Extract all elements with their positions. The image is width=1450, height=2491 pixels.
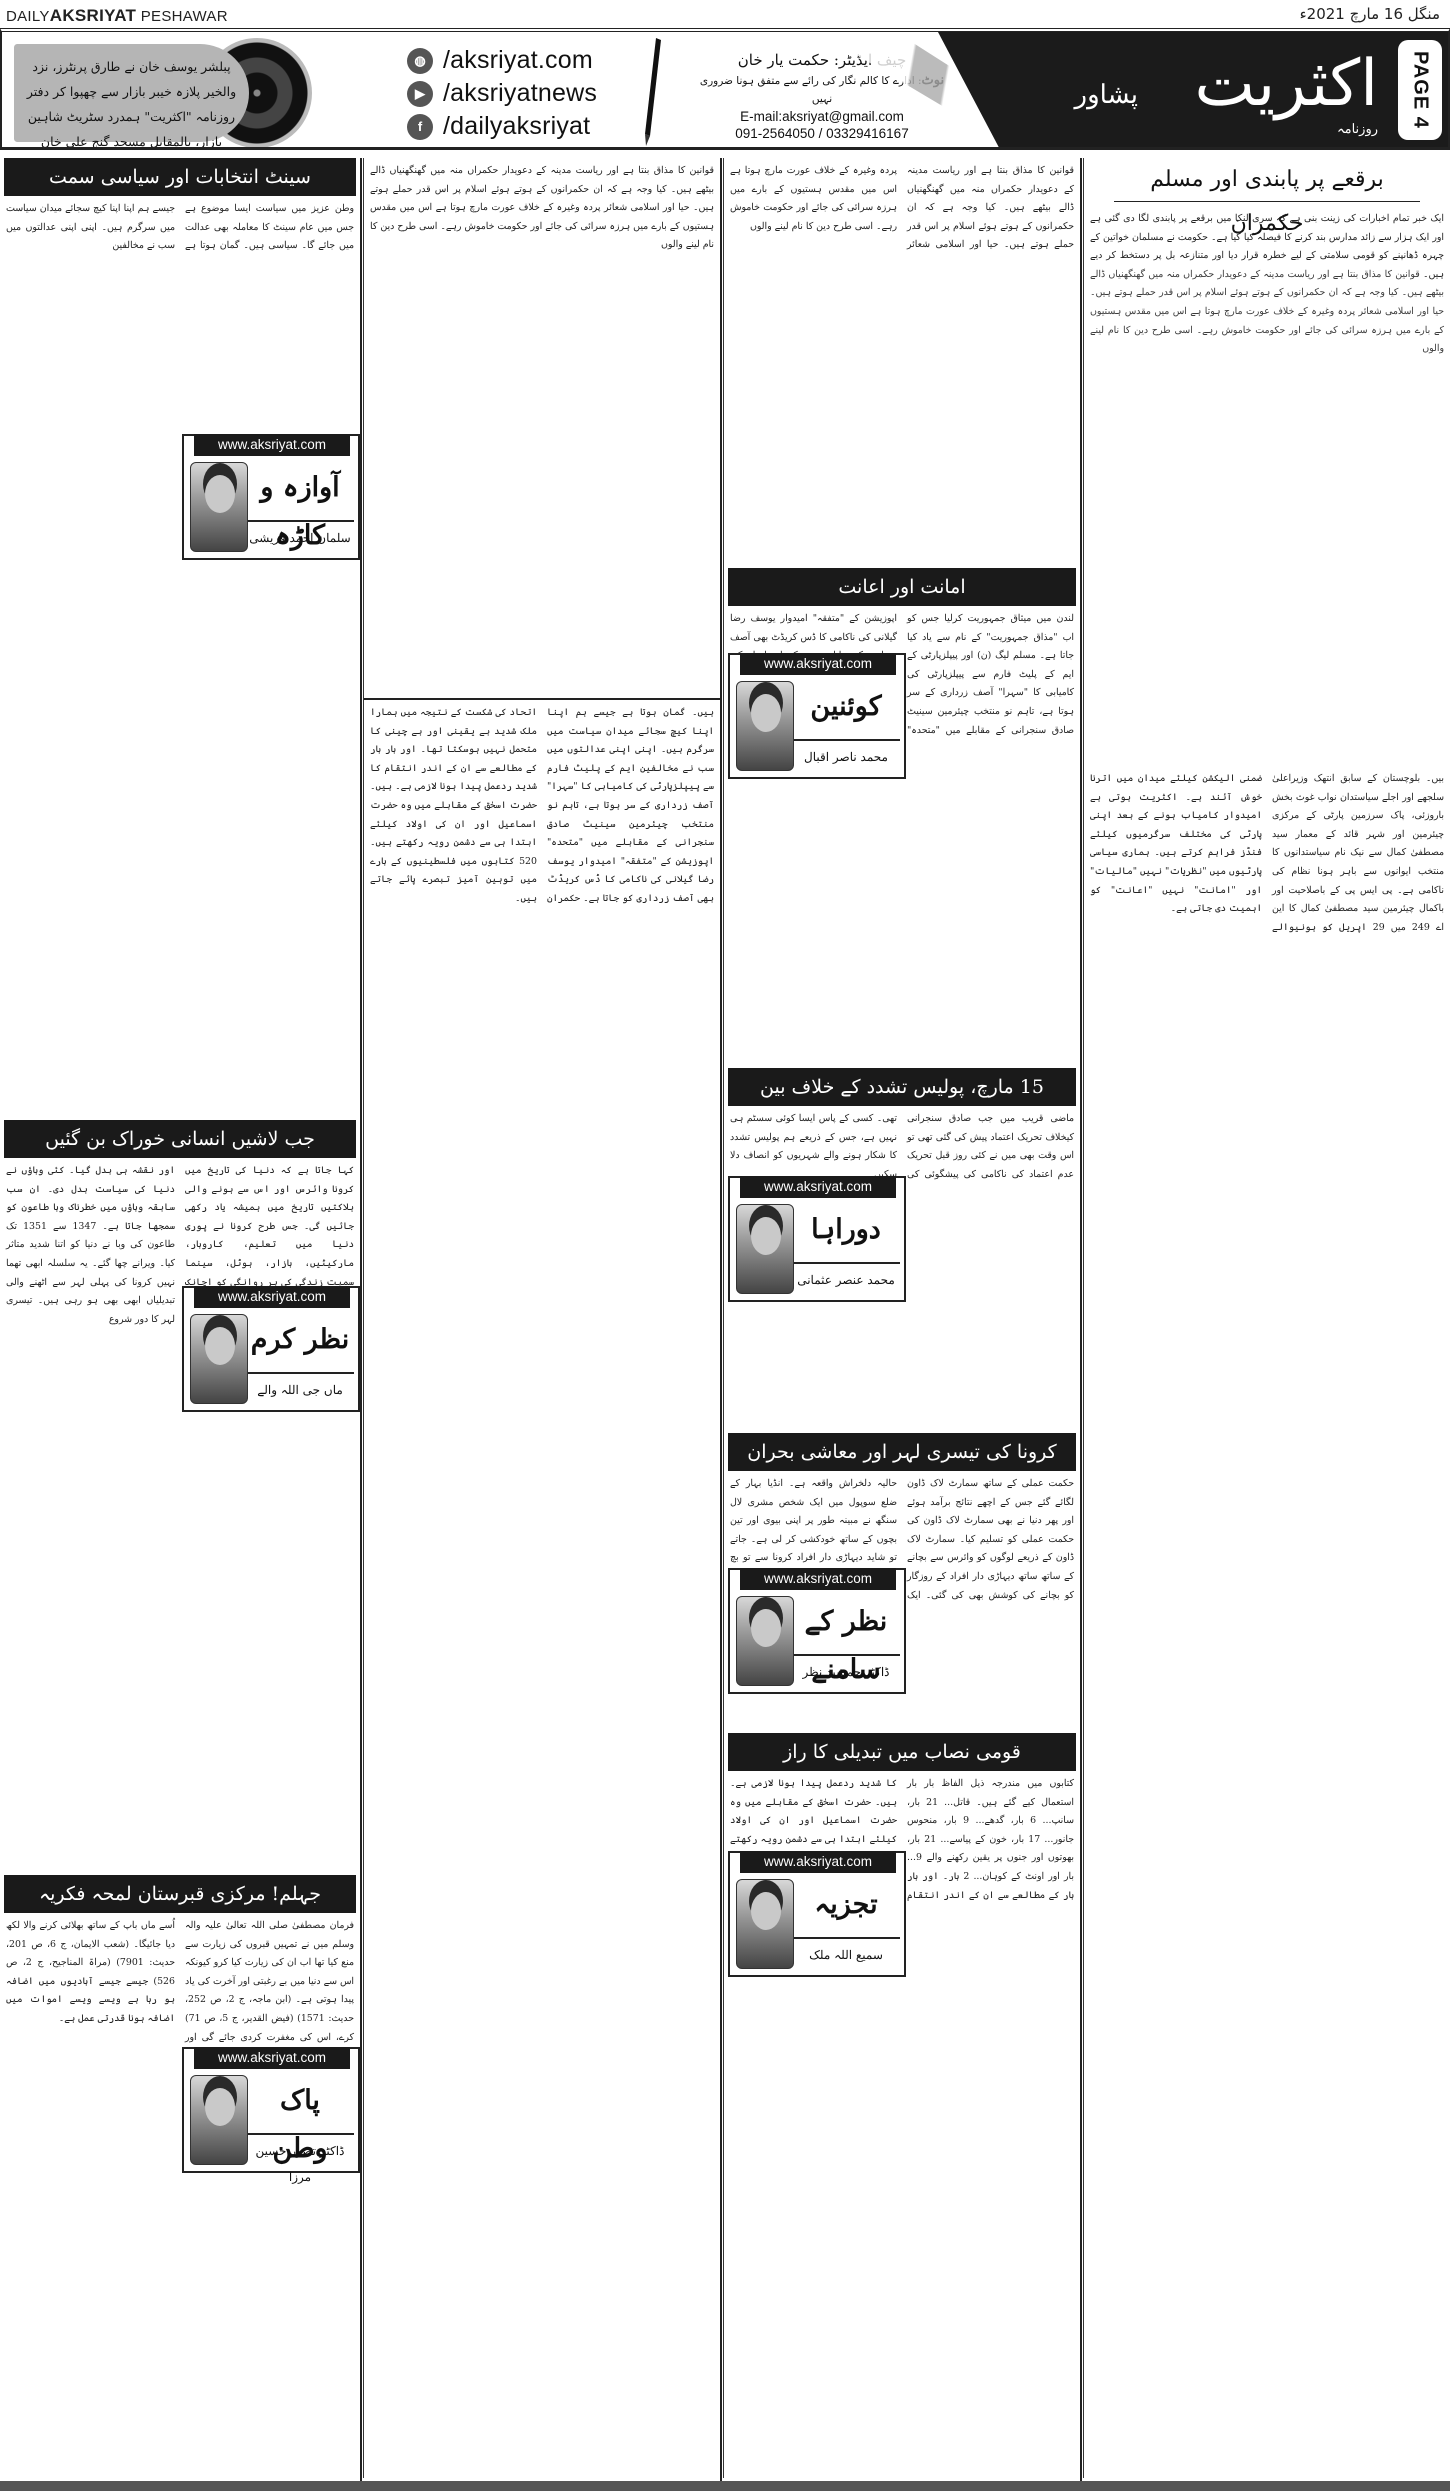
article-police: 15 مارچ، پولیس تشدد کے خلاف بین الاقوامی… xyxy=(724,1068,1080,1433)
facebook-icon: f xyxy=(407,114,433,140)
headline: امانت اور اعانت xyxy=(728,568,1076,606)
byline-box: www.aksriyat.com آوازہ و کاڑہ سلمان احمد… xyxy=(182,434,360,560)
column-divider xyxy=(360,158,362,2491)
byline-box: www.aksriyat.com نظر کرم ماں جی اللہ وال… xyxy=(182,1286,360,1412)
article-text: کسی کے پاس ایسا کوئی سسٹم ہی نہیں ہے، جس… xyxy=(730,1113,897,1180)
column-b: قوانین کا مذاق بنتا ہے اور ریاست مدینہ ک… xyxy=(363,158,720,2478)
op-ed-body: بیں۔ بلوچستان کے سابق انتھک وزیراعلیٰ سل… xyxy=(1090,773,1444,933)
author-photo xyxy=(736,1204,794,1294)
headline: 15 مارچ، پولیس تشدد کے خلاف بین الاقوامی… xyxy=(728,1068,1076,1106)
article-body: فرمان مصطفیٰ صلی اللہ تعالیٰ علیہ والہ و… xyxy=(0,1913,360,2473)
headline: قومی نصاب میں تبدیلی کا راز xyxy=(728,1733,1076,1771)
article-body: کہا جاتا ہے کہ دنیا کی تاریخ میں کرونا و… xyxy=(0,1158,360,1873)
editorial-continuation: قوانین کا مذاق بنتا ہے اور ریاست مدینہ ک… xyxy=(364,158,720,698)
continuation-text: اور بار بار کے مطالعے سے ان کے اندر انتق… xyxy=(370,744,537,904)
article-lead: کہا جاتا ہے کہ دنیا کی تاریخ میں کرونا و… xyxy=(185,1165,354,1306)
page-number-badge: PAGE 4 xyxy=(1398,40,1442,140)
logo-daily: روزنامہ xyxy=(1337,122,1378,137)
note-text: : ادارے کا کالم نگار کی رائے سے متفق ہون… xyxy=(700,75,922,105)
author-photo xyxy=(190,462,248,552)
author-photo xyxy=(190,2075,248,2165)
op-ed-text: بیں۔ بلوچستان کے سابق انتھک وزیراعلیٰ سل… xyxy=(1084,766,1450,2466)
column-name: تجزیہ xyxy=(794,1881,898,1929)
article-lead: حکمت عملی کے ساتھ سمارٹ لاک ڈاون لگائے گ… xyxy=(907,1478,1074,1601)
editorial-column: برقعے پر پابندی اور مسلم حکمران ایک خبر … xyxy=(1083,158,1450,2478)
article-senate: سینٹ انتخابات اور سیاسی سمت وطن عزیز میں… xyxy=(0,158,360,1120)
brand-line: DAILYAKSRIYAT PESHAWAR xyxy=(6,6,228,26)
brand-prefix: DAILY xyxy=(6,8,50,25)
byline-url[interactable]: www.aksriyat.com xyxy=(194,434,350,456)
headline: سینٹ انتخابات اور سیاسی سمت xyxy=(4,158,356,196)
divider xyxy=(248,2133,354,2135)
article-lead: کتابوں میں مندرجہ ذیل الفاظ بار بار استع… xyxy=(907,1778,1074,1882)
brand-city: PESHAWAR xyxy=(141,8,228,25)
social-link-website[interactable]: ◍ /aksriyat.com xyxy=(407,44,597,77)
author-name: سلمان احمد قریشی xyxy=(248,525,352,551)
article-lead: لندن میں میثاق جمہوریت کرلیا جس کو اب "م… xyxy=(907,613,1074,661)
author-name: ڈاکٹر تصور حسین مرزا xyxy=(248,2138,352,2190)
article-body: قوانین کا مذاق بنتا ہے اور ریاست مدینہ ک… xyxy=(724,158,1080,568)
article-text: قوانین کا مذاق بنتا ہے اور ریاست مدینہ ک… xyxy=(730,165,1074,250)
social-links: ◍ /aksriyat.com ▶ /aksriyatnews f /daily… xyxy=(407,44,597,143)
author-name: محمد ناصر اقبال xyxy=(794,744,898,770)
author-name: سمیع اللہ ملک xyxy=(794,1942,898,1968)
column-name: دوراہا xyxy=(794,1206,898,1254)
brand-name: AKSRIYAT xyxy=(50,6,136,25)
senate-continuation: ہیں۔ گمان ہوتا ہے جیسے ہم اپنا اپنا کیچ … xyxy=(364,698,720,2478)
editorial-lead: ایک خبر تمام اخبارات کی زینت بنی ہے کہ س… xyxy=(1084,206,1450,766)
editorial-title: برقعے پر پابندی اور مسلم حکمران xyxy=(1114,158,1420,202)
social-label: /aksriyat.com xyxy=(443,46,593,75)
byline-url[interactable]: www.aksriyat.com xyxy=(740,1851,896,1873)
article-graveyard: جہلم! مرکزی قبرستان لمحہ فکریہ فرمان مصط… xyxy=(0,1875,360,2475)
article-lead: ماضی قریب میں جب صادق سنجرانی کیخلاف تحر… xyxy=(877,1113,1074,1180)
author-photo xyxy=(190,1314,248,1404)
article-corpses: جب لاشیں انسانی خوراک بن گئیں کہا جاتا ہ… xyxy=(0,1120,360,1875)
headline: جہلم! مرکزی قبرستان لمحہ فکریہ xyxy=(4,1875,356,1913)
byline-box: www.aksriyat.com دوراہا محمد عنصر عثمانی xyxy=(728,1176,906,1302)
article-syllabus: قومی نصاب میں تبدیلی کا راز کتابوں میں م… xyxy=(724,1733,1080,2478)
newspaper-logo: اکثریت xyxy=(1194,44,1378,124)
author-photo xyxy=(736,1879,794,1969)
article-body: وطن عزیز میں سیاست ایسا موضوع ہے جس میں … xyxy=(0,196,360,1116)
divider xyxy=(248,1372,354,1374)
byline-box: www.aksriyat.com پاک وطن ڈاکٹر تصور حسین… xyxy=(182,2047,360,2173)
author-name: محمد عنصر عثمانی xyxy=(794,1267,898,1293)
byline-box: www.aksriyat.com کوئنین محمد ناصر اقبال xyxy=(728,653,906,779)
byline-url[interactable]: www.aksriyat.com xyxy=(194,1286,350,1308)
social-link-youtube[interactable]: ▶ /aksriyatnews xyxy=(407,77,597,110)
divider xyxy=(794,739,900,741)
headline: کرونا کی تیسری لہر اور معاشی بحران xyxy=(728,1433,1076,1471)
byline-url[interactable]: www.aksriyat.com xyxy=(740,1176,896,1198)
author-photo xyxy=(736,1596,794,1686)
divider xyxy=(794,1262,900,1264)
phone-numbers: 091-2564050 / 03329416167 xyxy=(697,125,947,142)
article-corona: کرونا کی تیسری لہر اور معاشی بحران حکمت … xyxy=(724,1433,1080,1733)
globe-icon: ◍ xyxy=(407,48,433,74)
divider xyxy=(794,1654,900,1656)
article-amanat-main: امانت اور اعانت لندن میں میثاق جمہوریت ک… xyxy=(724,568,1080,1068)
social-label: /dailyaksriyat xyxy=(443,112,590,141)
column-c: قوانین کا مذاق بنتا ہے اور ریاست مدینہ ک… xyxy=(723,158,1080,2478)
byline-box: www.aksriyat.com تجزیہ سمیع اللہ ملک xyxy=(728,1851,906,1977)
column-name: کوئنین xyxy=(794,683,898,731)
divider xyxy=(794,1937,900,1939)
editorial-body-text: قوانین کا مذاق بنتا ہے اور ریاست مدینہ ک… xyxy=(1090,269,1444,354)
editorial-continuation-text: قوانین کا مذاق بنتا ہے اور ریاست مدینہ ک… xyxy=(370,165,714,250)
issue-date: منگل 16 مارچ 2021ء xyxy=(1300,5,1440,23)
author-name: ماں جی اللہ والے xyxy=(248,1377,352,1403)
youtube-icon: ▶ xyxy=(407,81,433,107)
column-divider xyxy=(720,158,722,2491)
column-a: سینٹ انتخابات اور سیاسی سمت وطن عزیز میں… xyxy=(0,158,360,2478)
article-lead: فرمان مصطفیٰ صلی اللہ تعالیٰ علیہ والہ و… xyxy=(185,1920,354,2024)
top-line: DAILYAKSRIYAT PESHAWAR منگل 16 مارچ 2021… xyxy=(0,0,1450,30)
byline-box: www.aksriyat.com نظر کے سامنے ڈاکٹر جمشی… xyxy=(728,1568,906,1694)
byline-url[interactable]: www.aksriyat.com xyxy=(740,653,896,675)
footer-bar xyxy=(0,2481,1450,2491)
byline-url[interactable]: www.aksriyat.com xyxy=(194,2047,350,2069)
article-amanat: قوانین کا مذاق بنتا ہے اور ریاست مدینہ ک… xyxy=(724,158,1080,568)
logo-city: پشاور xyxy=(1075,80,1138,110)
masthead: پبلشر یوسف خان نے طارق پرنٹرز، نزد والخی… xyxy=(0,28,1450,150)
author-photo xyxy=(736,681,794,771)
email: E-mail:aksriyat@gmail.com xyxy=(697,108,947,125)
author-name: ڈاکٹر جمشید نظر xyxy=(794,1659,898,1685)
headline: جب لاشیں انسانی خوراک بن گئیں xyxy=(4,1120,356,1158)
column-name: نظر کرم xyxy=(248,1316,352,1364)
column-divider xyxy=(1080,158,1082,2491)
byline-url[interactable]: www.aksriyat.com xyxy=(740,1568,896,1590)
publisher-note: پبلشر یوسف خان نے طارق پرنٹرز، نزد والخی… xyxy=(14,44,249,142)
divider xyxy=(248,520,354,522)
pen-icon xyxy=(642,36,662,148)
social-label: /aksriyatnews xyxy=(443,79,597,108)
social-link-facebook[interactable]: f /dailyaksriyat xyxy=(407,110,597,143)
